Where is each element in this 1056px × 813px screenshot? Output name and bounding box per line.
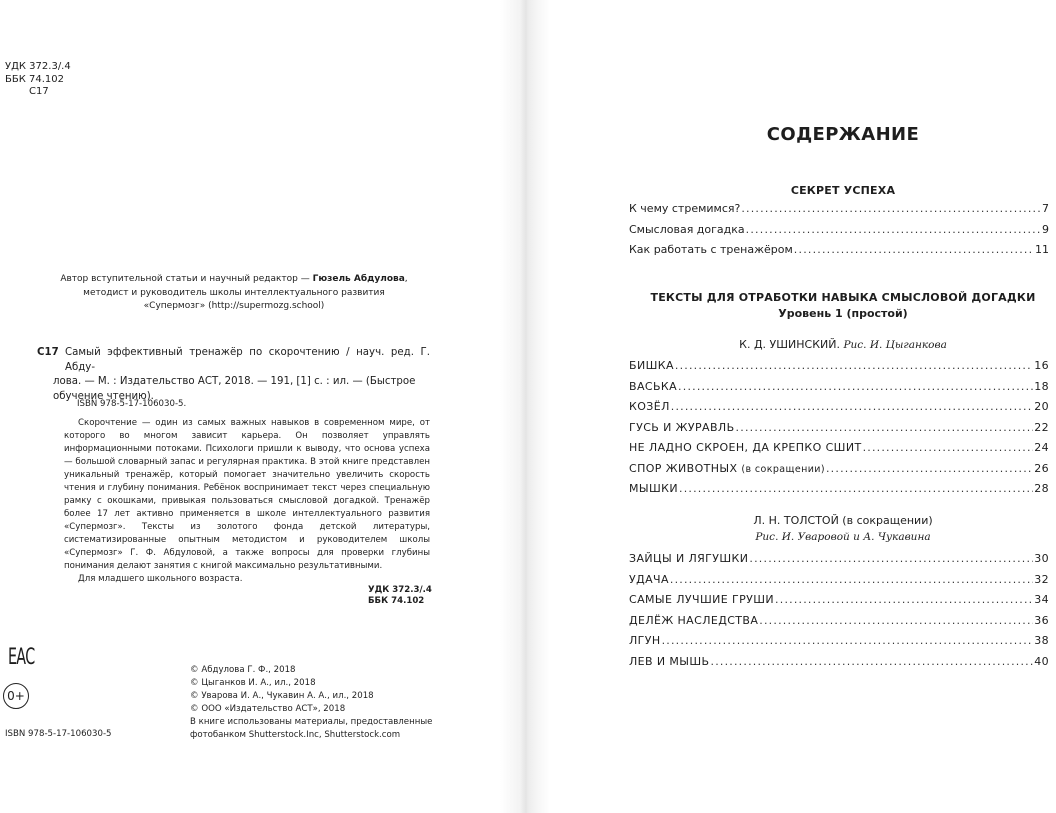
toc-entry[interactable]: УДАЧА 32 — [629, 573, 1049, 594]
toc-entry[interactable]: Смысловая догадка9 — [629, 223, 1049, 244]
author-heading-tolstoy: Л. Н. ТОЛСТОЙ (в сокращении) Рис. И. Ува… — [628, 513, 1056, 545]
toc-page-number: 28 — [1034, 482, 1049, 495]
toc-page-number: 26 — [1034, 462, 1049, 475]
toc-page-number: 36 — [1034, 614, 1049, 627]
toc-entry-note: (в сокращении) — [741, 464, 825, 475]
toc-entry[interactable]: КОЗЁЛ 20 — [629, 400, 1049, 421]
left-page-imprint: УДК 372.3/.4 ББК 74.102 С17 Автор вступи… — [0, 0, 500, 813]
dot-leader — [671, 400, 1033, 413]
illustrator: Рис. И. Уваровой и А. Чукавина — [755, 531, 930, 543]
toc-entry-title: УДАЧА — [629, 573, 669, 586]
toc-entry[interactable]: ВАСЬКА 18 — [629, 380, 1049, 401]
book-gutter — [500, 0, 550, 813]
bbk-code: ББК 74.102 — [5, 74, 71, 87]
toc-entry[interactable]: ДЕЛЁЖ НАСЛЕДСТВА 36 — [629, 614, 1049, 635]
toc-entry-title: ГУСЬ И ЖУРАВЛЬ — [629, 421, 735, 434]
dot-leader — [711, 655, 1034, 668]
dot-leader — [670, 573, 1033, 586]
dot-leader — [794, 243, 1034, 256]
author-heading-ushinsky: К. Д. УШИНСКИЙ. Рис. И. Цыганкова — [628, 337, 1056, 353]
isbn-record: ISBN 978-5-17-106030-5. — [77, 399, 186, 409]
dot-leader — [679, 482, 1033, 495]
toc-page-number: 16 — [1034, 359, 1049, 372]
annotation-text: Скорочтение — один из самых важных навык… — [64, 417, 430, 573]
toc-page-number: 22 — [1034, 421, 1049, 434]
dot-leader — [662, 634, 1034, 647]
toc-entry[interactable]: ЛЕВ И МЫШЬ 40 — [629, 655, 1049, 676]
dot-leader — [759, 614, 1033, 627]
toc-page-number: 7 — [1042, 202, 1049, 215]
toc-list-tolstoy: ЗАЙЦЫ И ЛЯГУШКИ 30УДАЧА 32САМЫЕ ЛУЧШИЕ Г… — [629, 552, 1049, 675]
illustrator: Рис. И. Цыганкова — [843, 339, 946, 351]
dot-leader — [675, 359, 1033, 372]
copyright-block: © Абдулова Г. Ф., 2018 © Цыганков И. А.,… — [190, 664, 432, 742]
toc-list-ushinsky: БИШКА 16ВАСЬКА 18КОЗЁЛ 20ГУСЬ И ЖУРАВЛЬ … — [629, 359, 1049, 503]
toc-entry-title: ДЕЛЁЖ НАСЛЕДСТВА — [629, 614, 758, 627]
toc-entry[interactable]: САМЫЕ ЛУЧШИЕ ГРУШИ 34 — [629, 593, 1049, 614]
editor-name: Гюзель Абдулова — [313, 274, 405, 284]
bibliographic-code: С17 — [37, 346, 59, 361]
udk-code: УДК 372.3/.4 — [5, 61, 71, 74]
dot-leader — [741, 202, 1041, 215]
author-note: Автор вступительной статьи и научный ред… — [60, 273, 408, 314]
level-heading: Уровень 1 (простой) — [628, 307, 1056, 320]
udk-header: УДК 372.3/.4 ББК 74.102 С17 — [5, 61, 71, 99]
eac-mark-icon: ЕАС — [8, 645, 35, 670]
udk-footer: УДК 372.3/.4 ББК 74.102 — [368, 585, 432, 607]
toc-entry[interactable]: СПОР ЖИВОТНЫХ (в сокращении)26 — [629, 462, 1049, 483]
toc-entry-title: КОЗЁЛ — [629, 400, 670, 413]
toc-page-number: 11 — [1035, 243, 1049, 256]
toc-entry-title: Как работать с тренажёром — [629, 243, 793, 256]
toc-page-number: 24 — [1034, 441, 1049, 454]
toc-entry[interactable]: НЕ ЛАДНО СКРОЕН, ДА КРЕПКО СШИТ 24 — [629, 441, 1049, 462]
toc-page-number: 18 — [1034, 380, 1049, 393]
toc-entry-title: НЕ ЛАДНО СКРОЕН, ДА КРЕПКО СШИТ — [629, 441, 862, 454]
toc-entry-title: ЗАЙЦЫ И ЛЯГУШКИ — [629, 552, 748, 565]
toc-entry-title: БИШКА — [629, 359, 674, 372]
toc-entry-title: ЛЕВ И МЫШЬ — [629, 655, 710, 668]
bibliographic-record: С17 Самый эффективный тренажёр по скороч… — [37, 346, 430, 404]
toc-page-number: 40 — [1034, 655, 1049, 668]
toc-page-number: 32 — [1034, 573, 1049, 586]
book-spread: УДК 372.3/.4 ББК 74.102 С17 Автор вступи… — [0, 0, 1056, 813]
dot-leader — [749, 552, 1033, 565]
toc-entry-title: К чему стремимся? — [629, 202, 740, 215]
toc-entry[interactable]: ЗАЙЦЫ И ЛЯГУШКИ 30 — [629, 552, 1049, 573]
author-sign: С17 — [5, 86, 71, 99]
isbn-bottom: ISBN 978-5-17-106030-5 — [5, 729, 112, 739]
toc-entry-title: Смысловая догадка — [629, 223, 745, 236]
dot-leader — [736, 421, 1034, 434]
toc-page-number: 30 — [1034, 552, 1049, 565]
age-rating-badge: 0+ — [3, 683, 29, 709]
dot-leader — [775, 593, 1033, 606]
section-heading-secret: СЕКРЕТ УСПЕХА — [628, 184, 1056, 197]
dot-leader — [863, 441, 1034, 454]
dot-leader — [826, 462, 1033, 475]
toc-entry-title: САМЫЕ ЛУЧШИЕ ГРУШИ — [629, 593, 774, 606]
toc-entry[interactable]: К чему стремимся?7 — [629, 202, 1049, 223]
toc-page-number: 9 — [1042, 223, 1049, 236]
toc-entry[interactable]: ГУСЬ И ЖУРАВЛЬ 22 — [629, 421, 1049, 442]
toc-entry-title: СПОР ЖИВОТНЫХ (в сокращении) — [629, 462, 825, 475]
toc-entry-title: МЫШКИ — [629, 482, 678, 495]
toc-entry[interactable]: ЛГУН 38 — [629, 634, 1049, 655]
annotation: Скорочтение — один из самых важных навык… — [64, 417, 430, 586]
toc-page-number: 20 — [1034, 400, 1049, 413]
toc-page-number: 34 — [1034, 593, 1049, 606]
dot-leader — [678, 380, 1033, 393]
toc-list-section1: К чему стремимся?7Смысловая догадка9Как … — [629, 202, 1049, 264]
section-heading-texts: ТЕКСТЫ ДЛЯ ОТРАБОТКИ НАВЫКА СМЫСЛОВОЙ ДО… — [628, 291, 1056, 304]
toc-entry[interactable]: БИШКА 16 — [629, 359, 1049, 380]
toc-entry[interactable]: Как работать с тренажёром11 — [629, 243, 1049, 264]
dot-leader — [746, 223, 1041, 236]
toc-entry-title: ЛГУН — [629, 634, 661, 647]
contents-title: СОДЕРЖАНИЕ — [628, 124, 1056, 145]
toc-entry[interactable]: МЫШКИ 28 — [629, 482, 1049, 503]
toc-page-number: 38 — [1034, 634, 1049, 647]
toc-entry-title: ВАСЬКА — [629, 380, 677, 393]
